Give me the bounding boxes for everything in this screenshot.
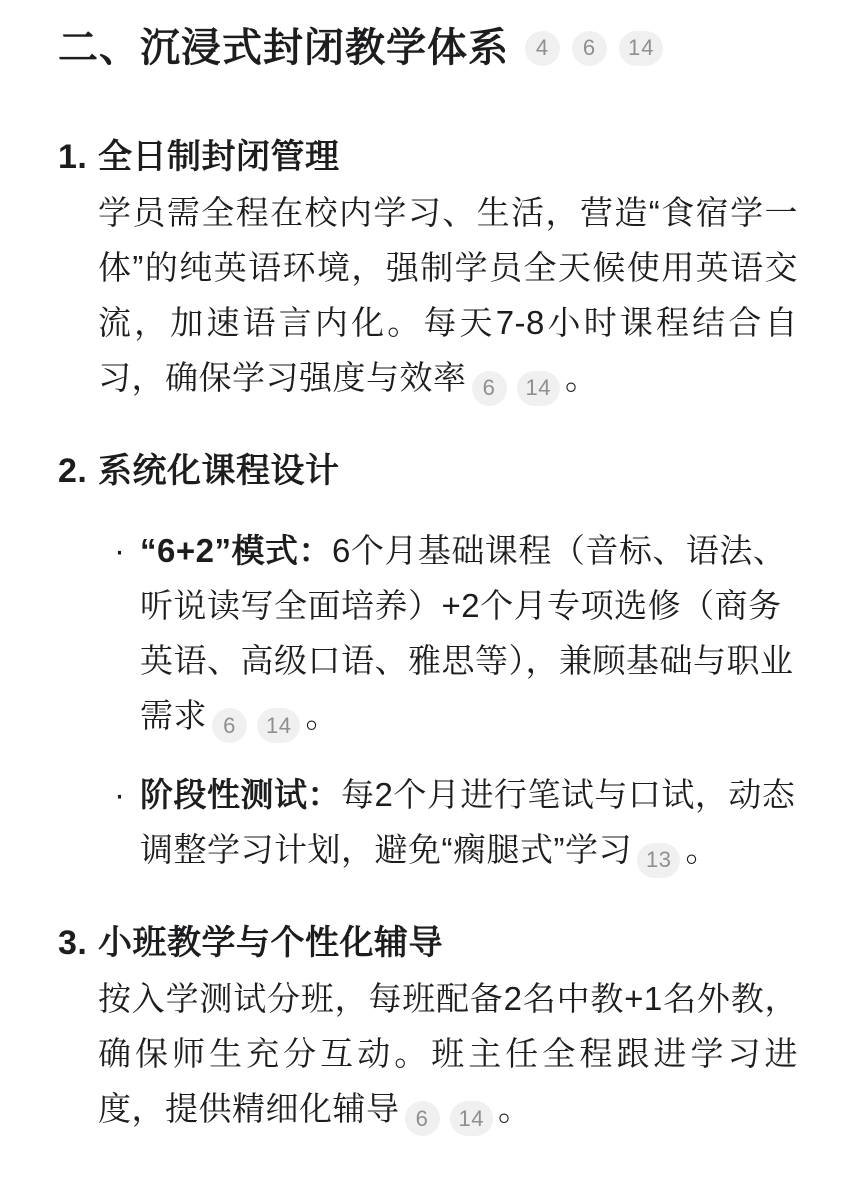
citation-badge[interactable]: 14	[450, 1101, 493, 1136]
section-heading: 小班教学与个性化辅导	[98, 916, 443, 971]
citation-badge[interactable]: 6	[212, 708, 247, 743]
citation-badge[interactable]: 14	[517, 371, 560, 406]
citation-badge[interactable]: 4	[525, 31, 560, 66]
bullet-icon: ·	[114, 767, 140, 878]
section-header: 3.小班教学与个性化辅导	[58, 916, 798, 971]
section-number: 3.	[58, 916, 98, 971]
document: 二、沉浸式封闭教学体系 4614 1.全日制封闭管理学员需全程在校内学习、生活，…	[0, 0, 850, 1204]
page-title: 二、沉浸式封闭教学体系 4614	[58, 22, 798, 74]
bullet-item: ·阶段性测试：每2个月进行笔试与口试，动态调整学习计划，避免“瘸腿式”学习13。	[114, 767, 798, 878]
section: 1.全日制封闭管理学员需全程在校内学习、生活，营造“食宿学一体”的纯英语环境，强…	[58, 130, 798, 406]
bullet-text: 阶段性测试：每2个月进行笔试与口试，动态调整学习计划，避免“瘸腿式”学习13。	[140, 767, 798, 878]
citation-badge[interactable]: 13	[637, 843, 680, 878]
bullet-icon: ·	[114, 523, 140, 744]
section-number: 2.	[58, 444, 98, 499]
text-segment: 。	[565, 359, 599, 396]
section: 3.小班教学与个性化辅导按入学测试分班，每班配备2名中教+1名外教，确保师生充分…	[58, 916, 798, 1137]
bullet-text: “6+2”模式：6个月基础课程（音标、语法、听说读写全面培养）+2个月专项选修（…	[140, 523, 798, 744]
section-header: 2.系统化课程设计	[58, 444, 798, 499]
bullet-item: ·“6+2”模式：6个月基础课程（音标、语法、听说读写全面培养）+2个月专项选修…	[114, 523, 798, 744]
citation-badge[interactable]: 14	[619, 31, 663, 66]
text-segment: 。	[305, 697, 339, 734]
section-heading: 全日制封闭管理	[98, 130, 340, 185]
title-citations: 4614	[519, 31, 669, 66]
citation-badge[interactable]: 14	[257, 708, 300, 743]
section-paragraph: 按入学测试分班，每班配备2名中教+1名外教，确保师生充分互动。班主任全程跟进学习…	[98, 971, 798, 1137]
section-number: 1.	[58, 130, 98, 185]
section-paragraph: 学员需全程在校内学习、生活，营造“食宿学一体”的纯英语环境，强制学员全天候使用英…	[98, 185, 798, 406]
section-heading: 系统化课程设计	[98, 444, 340, 499]
text-segment: 。	[498, 1090, 532, 1127]
text-segment: 学员需全程在校内学习、生活，营造“食宿学一体”的纯英语环境，强制学员全天候使用英…	[98, 194, 798, 396]
section-header: 1.全日制封闭管理	[58, 130, 798, 185]
bold-text-segment: 阶段性测试：	[140, 776, 341, 813]
title-text: 二、沉浸式封闭教学体系	[58, 22, 509, 74]
bold-text-segment: “6+2”模式：	[140, 532, 332, 569]
section: 2.系统化课程设计·“6+2”模式：6个月基础课程（音标、语法、听说读写全面培养…	[58, 444, 798, 878]
text-segment: 按入学测试分班，每班配备2名中教+1名外教，确保师生充分互动。班主任全程跟进学习…	[98, 980, 798, 1127]
citation-badge[interactable]: 6	[572, 31, 607, 66]
citation-badge[interactable]: 6	[405, 1101, 440, 1136]
sections-container: 1.全日制封闭管理学员需全程在校内学习、生活，营造“食宿学一体”的纯英语环境，强…	[58, 130, 798, 1136]
citation-badge[interactable]: 6	[472, 371, 507, 406]
text-segment: 。	[685, 831, 719, 868]
